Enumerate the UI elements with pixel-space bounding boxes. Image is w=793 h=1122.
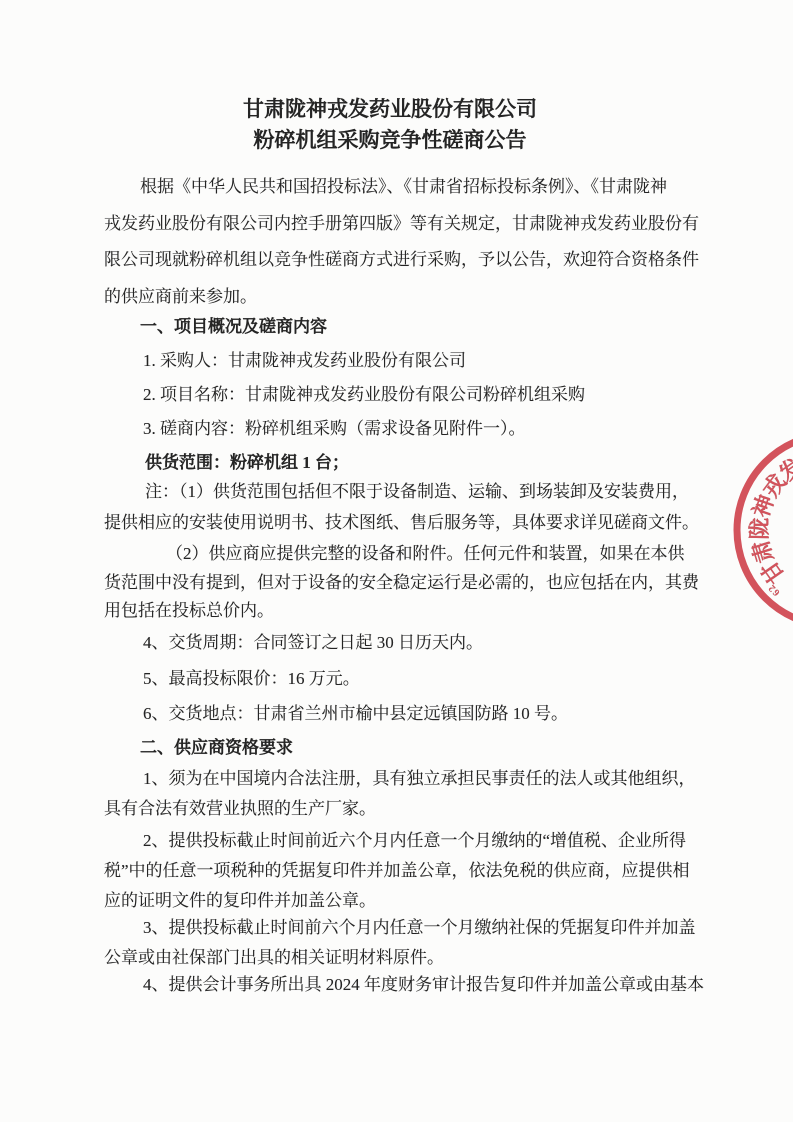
seal-character: 戎 bbox=[758, 469, 791, 502]
section1-item-project-name: 2. 项目名称：甘肃陇神戎发药业股份有限公司粉碎机组采购 bbox=[104, 384, 743, 406]
seal-character: 陇 bbox=[747, 517, 772, 539]
supplier-requirement-3: 3、提供投标截止时间前六个月内任意一个月缴纳社保的凭据复印件并加盖公章或由社保部… bbox=[104, 913, 704, 973]
note-paragraph-2: （2）供应商应提供完整的设备和附件。任何元件和装置，如果在本供货范围中没有提到，… bbox=[104, 540, 704, 626]
note-paragraph-1: 注：（1）供货范围包括但不限于设备制造、运输、到场装卸及安装费用，提供相应的安装… bbox=[104, 477, 704, 538]
seal-character: 神 bbox=[748, 492, 779, 521]
supplier-requirement-2: 2、提供投标截止时间前近六个月内任意一个月缴纳的“增值税、企业所得税”中的任意一… bbox=[104, 826, 704, 916]
seal-ring bbox=[737, 434, 793, 626]
document-title-line1: 甘肃陇神戎发药业股份有限公司 bbox=[0, 96, 780, 122]
section2-heading: 二、供应商资格要求 bbox=[104, 737, 740, 759]
supply-scope-line: 供货范围：粉碎机组 1 台； bbox=[104, 452, 745, 474]
section1-item-purchaser: 1. 采购人：甘肃陇神戎发药业股份有限公司 bbox=[104, 350, 743, 372]
section1-item-consultation-content: 3. 磋商内容：粉碎机组采购（需求设备见附件一）。 bbox=[104, 418, 743, 440]
seal-character: 甘 bbox=[756, 556, 789, 588]
document-title-line2: 粉碎机组采购竞争性磋商公告 bbox=[0, 127, 780, 153]
seal-character: 肃 bbox=[748, 537, 778, 565]
seal-character: 发 bbox=[775, 453, 793, 486]
supplier-requirement-4: 4、提供会计事务所出具 2024 年度财务审计报告复印件并加盖公章或由基本 bbox=[104, 970, 704, 1000]
supplier-requirement-1: 1、须为在中国境内合法注册，具有独立承担民事责任的法人或其他组织，具有合法有效营… bbox=[104, 764, 704, 824]
section1-item-delivery-place: 6、交货地点：甘肃省兰州市榆中县定远镇国防路 10 号。 bbox=[104, 703, 743, 725]
document-page: 甘肃陇神戎发药业股份有限公司 粉碎机组采购竞争性磋商公告 根据《中华人民共和国招… bbox=[0, 0, 793, 1122]
seal-serial-digits: 62 bbox=[766, 582, 782, 598]
intro-paragraph: 根据《中华人民共和国招投标法》、《甘肃省招标投标条例》、《甘肃陇神戎发药业股份有… bbox=[104, 169, 704, 315]
section1-heading: 一、项目概况及磋商内容 bbox=[104, 316, 740, 338]
section1-item-max-bid-price: 5、最高投标限价：16 万元。 bbox=[104, 668, 743, 690]
section1-item-delivery-period: 4、交货周期：合同签订之日起 30 日历天内。 bbox=[104, 632, 743, 654]
